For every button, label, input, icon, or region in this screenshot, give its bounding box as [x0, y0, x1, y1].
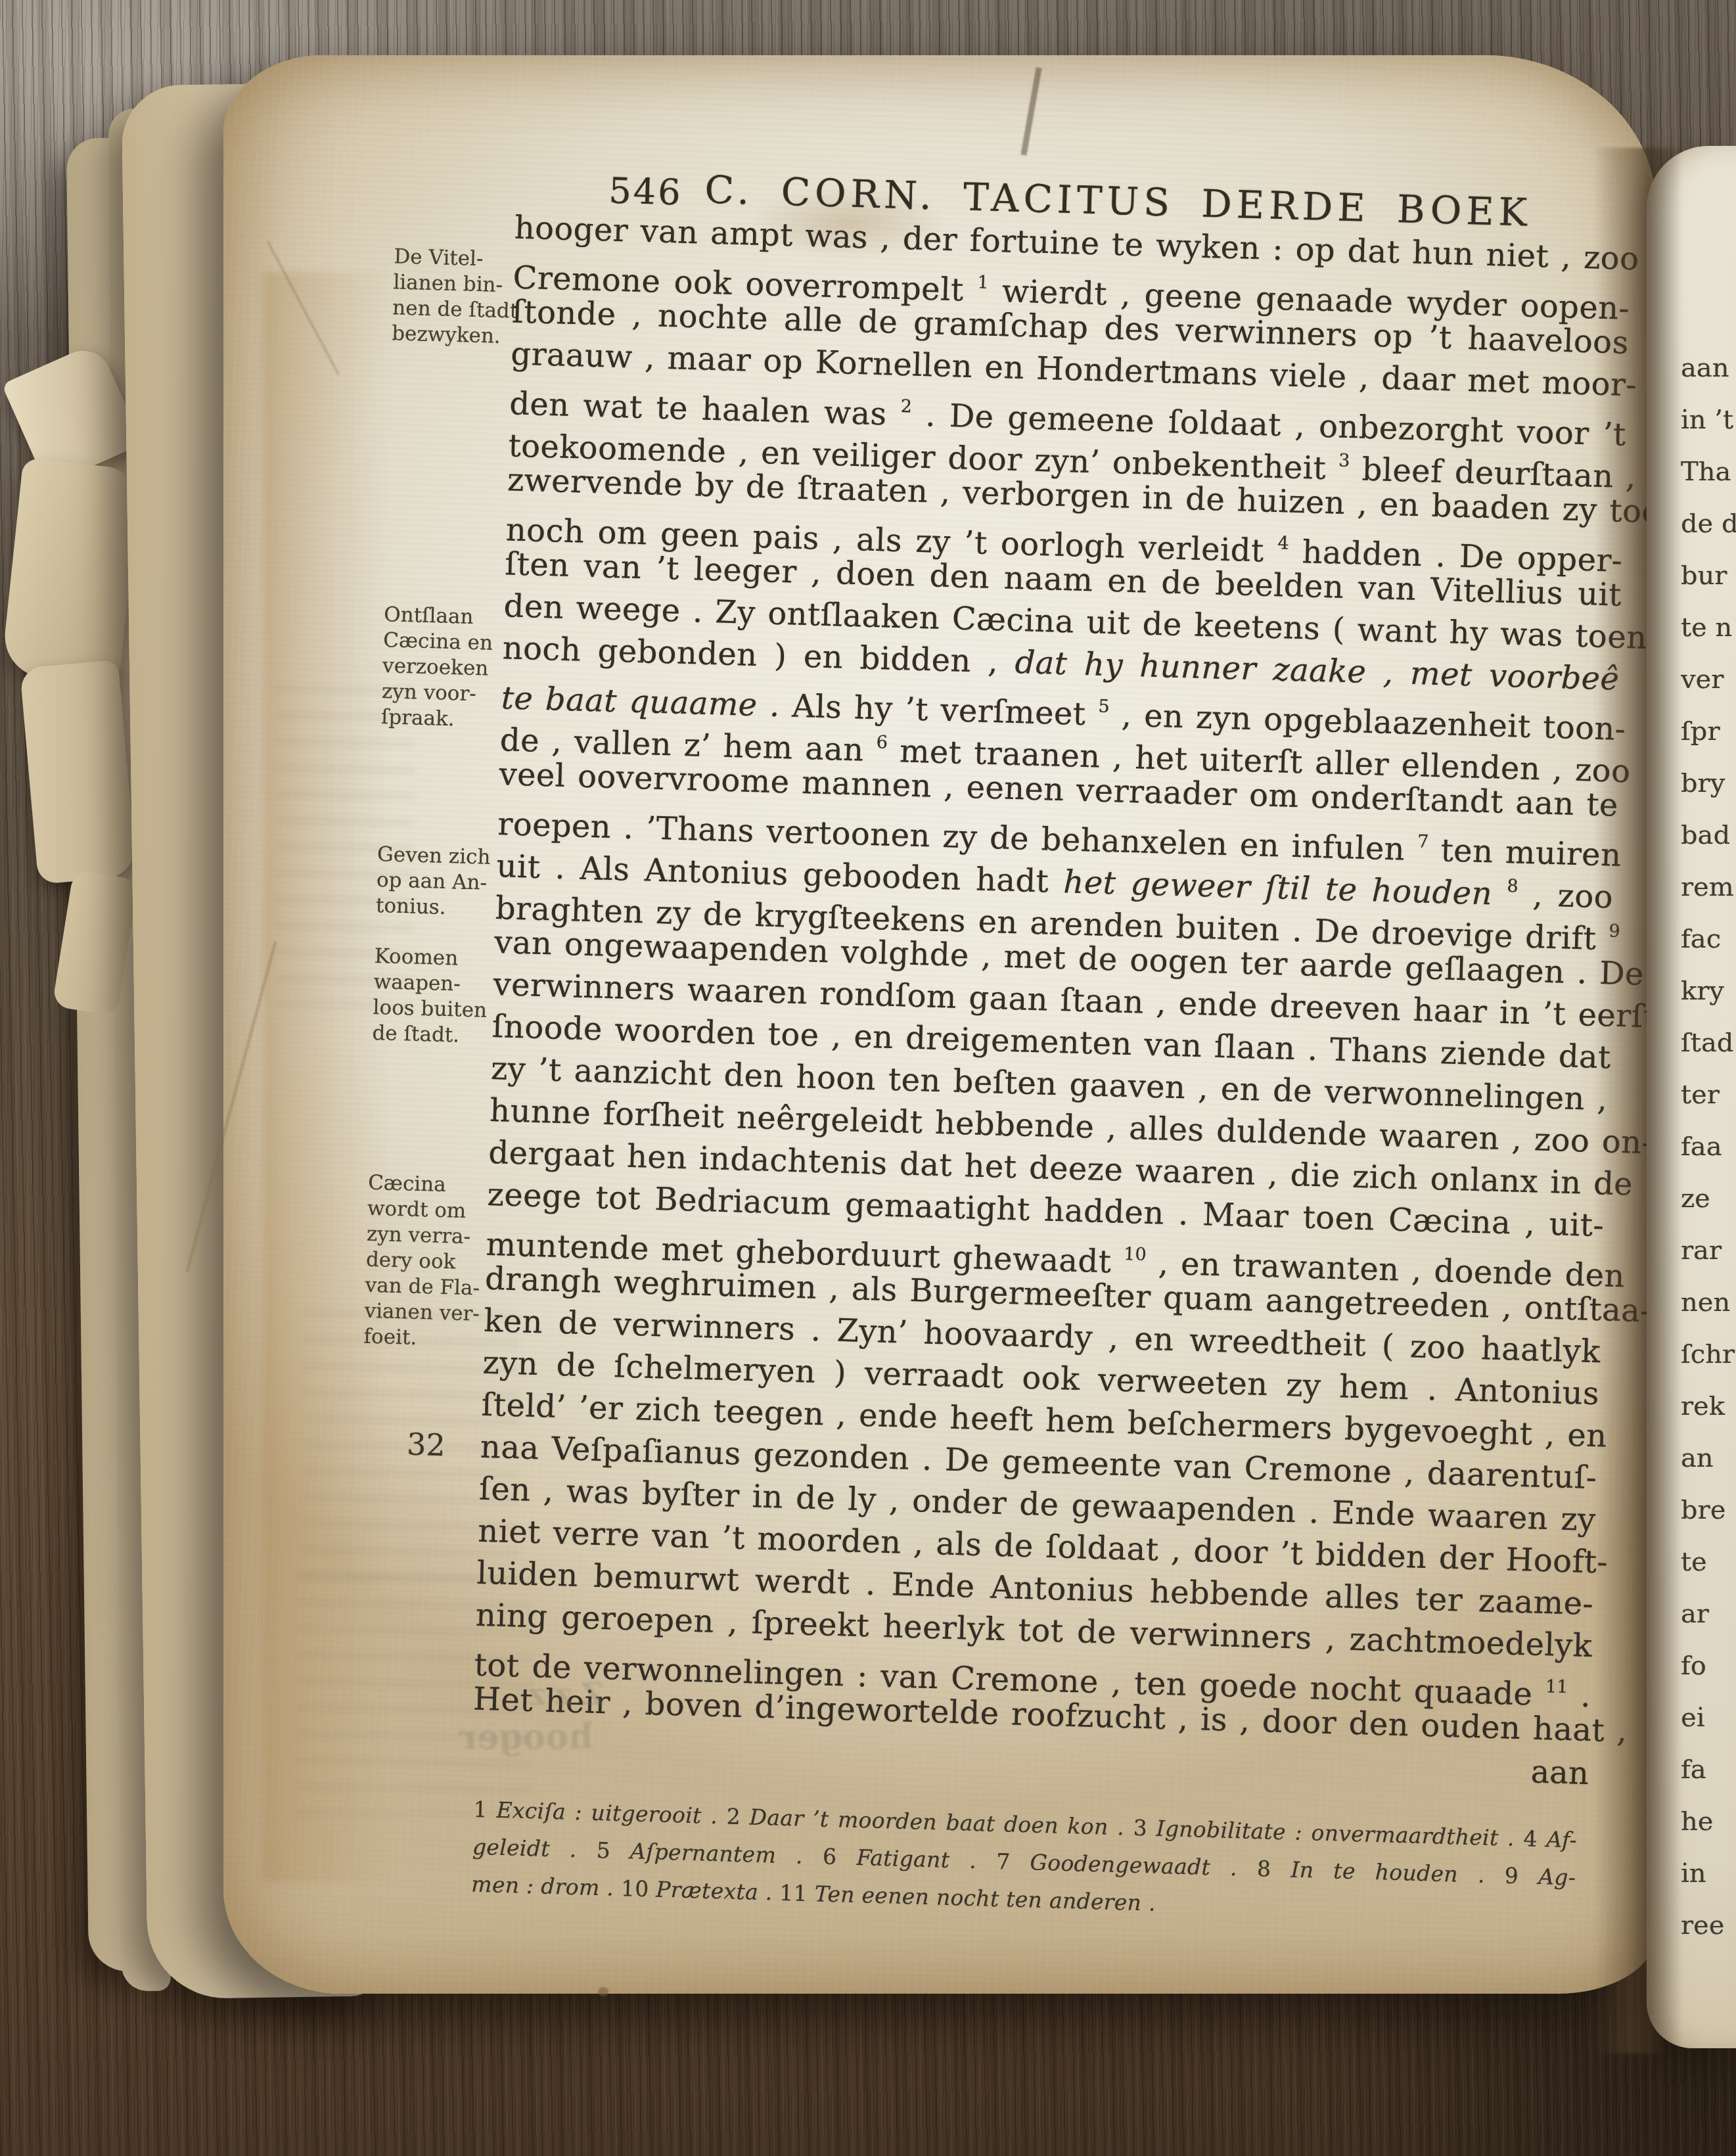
- next-page-fragment: aan ’t: [1681, 343, 1736, 395]
- footnote-marker: 3: [1338, 451, 1350, 471]
- margin-note-line: wordt om: [367, 1196, 499, 1226]
- text-run: 6: [802, 1843, 857, 1870]
- margin-note-line: zyn voor-: [382, 679, 514, 708]
- next-page-fragment: ter: [1681, 1070, 1736, 1122]
- margin-note-line: nen de ſtadt: [392, 295, 524, 325]
- margin-note-line: waapen-: [373, 969, 505, 999]
- body-text: hooger van ampt was , der fortuine te wy…: [472, 207, 1632, 1752]
- next-page-fragment: ree: [1681, 1900, 1736, 1952]
- margin-note-line: verzoeken: [382, 653, 514, 683]
- italic-phrase: Daar ’t moorden baat doen kon .: [749, 1804, 1124, 1840]
- margin-note-line: vianen ver-: [364, 1298, 496, 1328]
- bleedthrough-signature-mark: Zzz: [519, 1676, 603, 1712]
- text-run: 1: [473, 1797, 497, 1823]
- margin-note-line: Koomen: [374, 944, 506, 973]
- next-page-fragment: rem: [1681, 862, 1736, 914]
- margin-note-line: lianen bin-: [393, 269, 525, 299]
- book-page: 546 C. CORN. TACITUS DERDE BOEK De Vitel…: [223, 55, 1656, 1994]
- next-page-fragment: an: [1681, 1433, 1736, 1485]
- italic-phrase: men : drom .: [471, 1871, 614, 1901]
- text-run: 3: [1124, 1814, 1157, 1841]
- margin-note-line: De Vitel-: [394, 244, 526, 273]
- crumpled-page-corner: [1, 457, 141, 685]
- next-page-fragment: te: [1681, 1537, 1736, 1589]
- next-page-fragment: nen: [1681, 1277, 1736, 1329]
- next-page-fragment: Tha: [1681, 447, 1736, 499]
- text-run: 10: [614, 1875, 656, 1902]
- footnote-marker: 6: [876, 732, 888, 752]
- margin-note-line: de ſtadt.: [372, 1021, 504, 1050]
- next-page-fragment: bre: [1681, 1485, 1736, 1537]
- text-run: 7: [976, 1848, 1031, 1875]
- next-page-fragment: te n: [1681, 603, 1736, 654]
- next-page-fragment: fac: [1681, 914, 1736, 966]
- next-page-fragment: kry: [1681, 966, 1736, 1018]
- footnote-marker: 11: [1545, 1676, 1568, 1697]
- margin-note: De Vitel-lianen bin-nen de ſtadtbezwyken…: [392, 244, 526, 350]
- italic-phrase: Goodengewaadt .: [1030, 1849, 1237, 1881]
- italic-phrase: In te houden .: [1291, 1856, 1485, 1887]
- italic-phrase: geleidt .: [472, 1834, 577, 1862]
- footnotes: 1 Exciſa : uitgerooit . 2 Daar ’t moorde…: [471, 1791, 1578, 1935]
- italic-phrase: Aſpernantem .: [630, 1838, 804, 1868]
- margin-note-line: Ontſlaan: [384, 602, 516, 631]
- next-page-fragment: de d: [1681, 499, 1736, 551]
- footnote-marker: 1: [977, 272, 989, 292]
- margin-note: Cæcinawordt omzyn verra-dery ookvan de F…: [363, 1170, 500, 1353]
- footnote-marker: 7: [1417, 831, 1429, 852]
- text-run: 5: [576, 1837, 631, 1864]
- italic-phrase: Ag-: [1538, 1864, 1576, 1891]
- next-page-fragment: bad: [1681, 810, 1736, 862]
- margin-note-line: foeit.: [363, 1324, 495, 1354]
- italic-phrase: Ten eenen nocht ten anderen .: [814, 1881, 1156, 1915]
- next-page-fragment: ſpr: [1681, 706, 1736, 758]
- footnote-marker: 2: [900, 396, 912, 417]
- crumpled-page-corner: [20, 660, 137, 884]
- margin-note: Geven zichop aan An-tonius.: [375, 842, 509, 923]
- italic-phrase: Af-: [1546, 1826, 1577, 1852]
- margin-note-line: Geven zich: [377, 842, 509, 871]
- next-page-fragment: bur: [1681, 551, 1736, 603]
- italic-phrase: Fatigant .: [856, 1845, 977, 1873]
- next-page-fragment: ver: [1681, 654, 1736, 706]
- next-page-fragment: in ’t: [1681, 395, 1736, 447]
- next-page-fragment: rek: [1681, 1381, 1736, 1433]
- margin-note-line: loos buiten: [373, 995, 505, 1024]
- margin-note-line: Cæcina en: [383, 628, 515, 657]
- page-content: 546 C. CORN. TACITUS DERDE BOEK De Vitel…: [170, 55, 1656, 2033]
- next-page-fragment: ſtad: [1681, 1018, 1736, 1070]
- margin-note: Koomenwaapen-loos buitende ſtadt.: [372, 944, 506, 1050]
- margin-note-line: zyn verra-: [366, 1222, 498, 1251]
- margin-note-line: op aan An-: [376, 867, 508, 897]
- margin-note-line: Cæcina: [368, 1170, 500, 1200]
- next-page-fragment: ar: [1681, 1589, 1736, 1641]
- text-run: 8: [1237, 1855, 1291, 1882]
- gutter-shadow: [1593, 148, 1682, 2053]
- next-page-fragment: fo: [1681, 1641, 1736, 1693]
- italic-phrase: Ignobilitate : onvermaardtheit .: [1156, 1816, 1515, 1851]
- next-page-fragment: faa: [1681, 1122, 1736, 1174]
- next-page-fragment: bry: [1681, 758, 1736, 810]
- margin-note-line: ſpraak.: [380, 704, 513, 734]
- italic-phrase: Prætexta .: [656, 1876, 773, 1905]
- footnote-marker: 5: [1098, 697, 1110, 717]
- italic-phrase: Exciſa : uitgerooit .: [496, 1797, 718, 1829]
- section-number: 32: [406, 1427, 445, 1463]
- text-run: 2: [718, 1803, 750, 1829]
- margin-note-line: van de Fla-: [365, 1273, 497, 1302]
- text-run: 9: [1484, 1862, 1539, 1889]
- footnote-marker: 8: [1507, 876, 1519, 896]
- next-page-fragment: in: [1681, 1848, 1736, 1900]
- next-page-fragment: rar: [1681, 1226, 1736, 1277]
- next-page-fragment: ze: [1681, 1174, 1736, 1226]
- margin-note: OntſlaanCæcina enverzoekenzyn voor-ſpraa…: [380, 602, 515, 734]
- text-run: 11: [772, 1879, 815, 1906]
- page-number: 546: [608, 170, 683, 213]
- footnote-marker: 10: [1124, 1244, 1147, 1265]
- text-run: 4: [1514, 1825, 1547, 1852]
- next-page-fragment: he: [1681, 1797, 1736, 1848]
- next-page-fragment: fa: [1681, 1745, 1736, 1797]
- margin-note-line: bezwyken.: [392, 321, 524, 350]
- margin-note-line: dery ook: [365, 1247, 497, 1277]
- next-page-text-fragments: aan ’tin ’tThade dburte nverſprbrybadrem…: [1681, 343, 1736, 1952]
- margin-note-line: tonius.: [375, 893, 507, 923]
- footnote-marker: 4: [1277, 533, 1289, 553]
- next-page-fragment: ſchr: [1681, 1329, 1736, 1381]
- next-page-fragment: ei: [1681, 1693, 1736, 1745]
- photo-of-book-on-wood-table: { "header": { "page_number": "546", "tit…: [0, 0, 1736, 2156]
